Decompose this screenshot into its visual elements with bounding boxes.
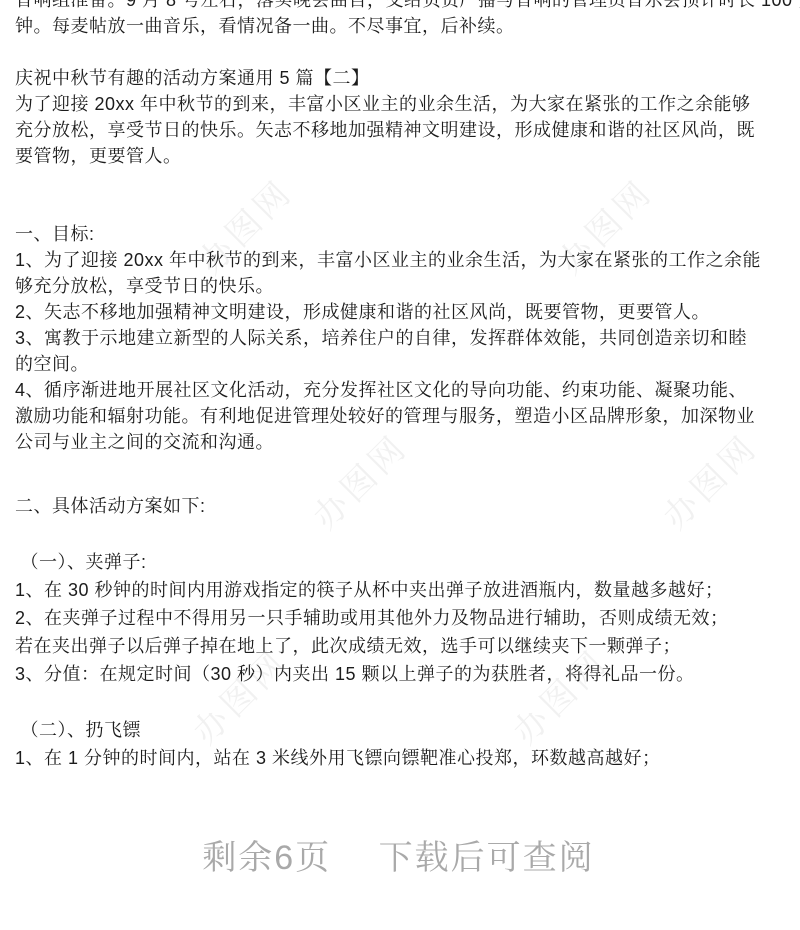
text-line: 公司与业主之间的交流和沟通。 [15,429,782,455]
text-line: 激励功能和辐射功能。有利地促进管理处较好的管理与服务，塑造小区品牌形象，加深物业 [15,403,782,429]
text-line: 够充分放松，享受节日的快乐。 [15,273,782,299]
text-line: 音响组准备。9 月 8 号左右，落实晚会曲目，交给负责广播与音响的管理员音乐会预… [15,0,782,13]
text-line: 庆祝中秋节有趣的活动方案通用 5 篇【二】 [15,65,782,91]
text-line: 3、寓教于示地建立新型的人际关系，培养住户的自律，发挥群体效能，共同创造亲切和睦 [15,325,782,351]
text-line: （一）、夹弹子: [15,548,782,576]
document-text: 音响组准备。9 月 8 号左右，落实晚会曲目，交给负责广播与音响的管理员音乐会预… [0,0,800,879]
text-line: 2、在夹弹子过程中不得用另一只手辅助或用其他外力及物品进行辅助，否则成绩无效； [15,604,782,632]
text-line: 钟。每麦帖放一曲音乐，看情况备一曲。不尽事宜，后补续。 [15,13,782,39]
document-page: 办图网办图网办图网办图网办图网办图网 音响组准备。9 月 8 号左右，落实晚会曲… [0,0,800,930]
text-line: 为了迎接 20xx 年中秋节的到来，丰富小区业主的业余生活，为大家在紧张的工作之… [15,91,782,117]
remaining-pages-notice: 剩余6页 下载后可查阅 [15,830,782,879]
text-line: 4、循序渐进地开展社区文化活动，充分发挥社区文化的导向功能、约束功能、凝聚功能、 [15,377,782,403]
text-line: 的空间。 [15,351,782,377]
text-line: （二）、扔飞镖 [15,716,782,744]
text-line: 若在夹出弹子以后弹子掉在地上了，此次成绩无效，选手可以继续夹下一颗弹子； [15,632,782,660]
text-line [15,520,782,548]
text-line: 要管物，更要管人。 [15,143,782,169]
text-line: 二、具体活动方案如下: [15,492,782,520]
text-line [15,169,782,195]
text-line [15,39,782,65]
section-bottom: 二、具体活动方案如下: （一）、夹弹子:1、在 30 秒钟的时间内用游戏指定的筷… [15,492,782,772]
text-line: 3、分值：在规定时间（30 秒）内夹出 15 颗以上弹子的为获胜者，将得礼品一份… [15,660,782,688]
text-line: 2、矢志不移地加强精神文明建设，形成健康和谐的社区风尚，既要管物，更要管人。 [15,299,782,325]
text-line: 一、目标: [15,221,782,247]
section-top: 音响组准备。9 月 8 号左右，落实晚会曲目，交给负责广播与音响的管理员音乐会预… [15,0,782,455]
text-line [15,195,782,221]
text-line: 1、为了迎接 20xx 年中秋节的到来，丰富小区业主的业余生活，为大家在紧张的工… [15,247,782,273]
text-line: 1、在 30 秒钟的时间内用游戏指定的筷子从杯中夹出弹子放进酒瓶内，数量越多越好… [15,576,782,604]
text-line [15,688,782,716]
text-line: 1、在 1 分钟的时间内，站在 3 米线外用飞镖向镖靶准心投郑，环数越高越好； [15,744,782,772]
text-line: 充分放松，享受节日的快乐。矢志不移地加强精神文明建设，形成健康和谐的社区风尚，既 [15,117,782,143]
